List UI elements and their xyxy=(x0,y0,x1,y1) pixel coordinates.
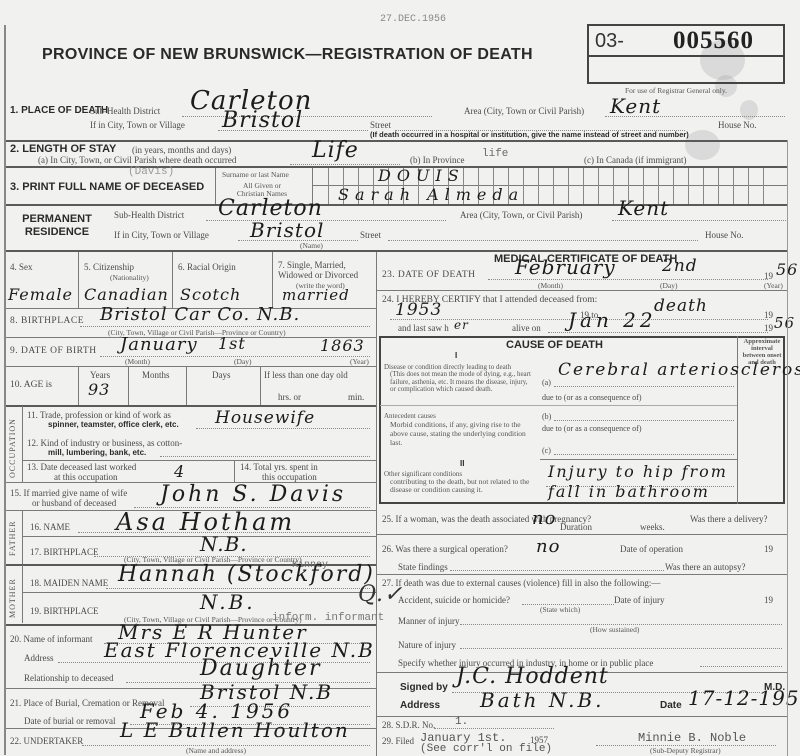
delivery-label: Was there a delivery? xyxy=(690,514,767,524)
trade-value: Housewife xyxy=(215,408,315,428)
last-saw-pronoun: er xyxy=(454,318,469,332)
age-label: 10. AGE is xyxy=(10,380,52,390)
min-label: min. xyxy=(348,392,364,402)
part-two-label: II xyxy=(460,459,464,468)
res-city-value: Bristol xyxy=(250,218,324,242)
length-of-stay-sub: (in years, months and days) xyxy=(132,145,231,155)
street-label: Street xyxy=(370,120,391,130)
area-value: Kent xyxy=(610,94,661,118)
dob-day-note: (Day) xyxy=(234,357,252,366)
reg-prefix: 03- xyxy=(595,30,624,53)
manner-label: Manner of injury xyxy=(398,616,459,626)
industry-label: 12. Kind of industry or business, as cot… xyxy=(27,438,182,448)
age-days-label: Days xyxy=(212,370,231,380)
sub-health-label: Sub-Health District xyxy=(90,106,160,116)
age-years-value: 93 xyxy=(88,380,110,399)
dob-month: January xyxy=(120,334,198,355)
cause-a-value: Cerebral arteriosclerosis xyxy=(558,360,800,380)
age-months-label: Months xyxy=(142,370,170,380)
other-conditions-value-2: fall in bathroom xyxy=(548,482,710,501)
cause-b-due-to: due to (or as a consequence of) xyxy=(542,424,642,433)
area-label: Area (City, Town or Civil Parish) xyxy=(464,106,584,116)
state-which-note: (State which) xyxy=(540,605,580,614)
left-border xyxy=(4,25,6,755)
alive-year-prefix: 19 xyxy=(764,323,773,333)
other-conditions-value-1: Injury to hip from xyxy=(548,462,728,481)
surname-label: Surname or last Name xyxy=(222,170,289,179)
res-area-label: Area (City, Town, or Civil Parish) xyxy=(460,210,582,220)
mother-birthplace-label: 19. BIRTHPLACE xyxy=(30,606,98,616)
stay-canada-label: (c) In Canada (if immigrant) xyxy=(584,155,686,165)
spouse-sub: or husband of deceased xyxy=(32,498,116,508)
citizenship-sub: (Nationality) xyxy=(110,273,149,282)
registrar-title: (Sub-Deputy Registrar) xyxy=(650,746,721,755)
total-yrs-label: 14. Total yrs. spent in xyxy=(240,462,318,472)
injury-year-prefix: 19 xyxy=(764,595,773,605)
mother-birthplace-value: N.B. xyxy=(200,590,256,614)
given-names-value: Sarah Almeda xyxy=(338,185,524,204)
alive-on-value: Jan 22 xyxy=(568,308,657,332)
father-side-label: FATHER xyxy=(8,520,17,556)
surname-value: DOUIS xyxy=(378,166,465,185)
surgery-label: 26. Was there a surgical operation? xyxy=(382,544,508,554)
surgery-value: no xyxy=(536,536,560,557)
hospital-note: (If death occurred in a hospital or inst… xyxy=(370,130,689,139)
filed-note: (See corr'l on file) xyxy=(420,743,552,755)
marital-label: 7. Single, Married, Widowed or Divorced xyxy=(278,260,374,280)
cause-c-prefix: (c) xyxy=(542,446,551,455)
last-worked-sub: at this occupation xyxy=(54,472,117,482)
stay-city-label: (a) In City, Town, or Civil Parish where… xyxy=(38,155,236,165)
dod-day-note: (Day) xyxy=(660,281,678,290)
undertaker-note: (Name and address) xyxy=(186,746,246,755)
city-value: Bristol xyxy=(222,108,303,133)
length-of-stay-label: 2. LENGTH OF STAY xyxy=(10,143,116,155)
registrar-name: Minnie B. Noble xyxy=(638,731,746,745)
informant-address-label: Address xyxy=(24,653,54,663)
reg-number: 005560 xyxy=(673,27,754,55)
attended-to-value: death xyxy=(654,296,708,316)
marital-value: married xyxy=(282,286,350,304)
father-name-label: 16. NAME xyxy=(30,522,70,532)
sig-address-label: Address xyxy=(400,700,440,711)
city-label: If in City, Town or Village xyxy=(90,120,185,130)
racial-origin-label: 6. Racial Origin xyxy=(178,262,236,272)
registration-number-box: 03- 005560 xyxy=(587,24,785,84)
last-worked-label: 13. Date deceased last worked xyxy=(27,462,136,472)
signed-by-label: Signed by xyxy=(400,682,448,693)
total-yrs-sub: this occupation xyxy=(262,472,317,482)
signed-by-value: J.C. Hoddent xyxy=(456,664,609,689)
stay-province-value: life xyxy=(482,148,508,160)
filed-label: 29. Filed xyxy=(382,736,414,746)
how-sustained-note: (How sustained) xyxy=(590,625,639,634)
antecedent-note: Morbid conditions, if any, giving rise t… xyxy=(390,420,534,447)
right-border xyxy=(787,140,788,756)
res-sub-health-label: Sub-Health District xyxy=(114,210,184,220)
direct-cause-note: (This does not mean the mode of dying, e… xyxy=(390,371,534,394)
trade-label: 11. Trade, profession or kind of work as xyxy=(27,410,171,420)
sdr-value: 1. xyxy=(455,716,468,728)
relationship-label: Relationship to deceased xyxy=(24,673,113,683)
autopsy-label: Was there an autopsy? xyxy=(665,562,746,572)
cause-a-due-to: due to (or as a consequence of) xyxy=(542,393,642,402)
res-city-label: If in City, Town or Village xyxy=(114,230,209,240)
dod-year-prefix: 19 xyxy=(764,271,773,281)
dob-year: 1863 xyxy=(320,336,365,355)
dod-month: February xyxy=(515,255,616,279)
duration-label: Duration xyxy=(560,522,592,532)
house-label: House No. xyxy=(718,120,757,130)
weeks-label: weeks. xyxy=(640,522,665,532)
alive-on-label: alive on xyxy=(512,323,541,333)
res-name-note: (Name) xyxy=(300,241,323,250)
age-years-label: Years xyxy=(90,370,110,380)
injury-date-label: Date of injury xyxy=(614,595,664,605)
place-of-death-label: 1. PLACE OF DEATH xyxy=(10,106,50,116)
nature-label: Nature of injury xyxy=(398,640,456,650)
operation-year-prefix: 19 xyxy=(764,544,773,554)
dod-year-note: (Year) xyxy=(764,281,783,290)
attended-year-prefix: 19 xyxy=(764,310,773,320)
father-birthplace-value: N.B. xyxy=(200,532,248,556)
father-birthplace-label: 17. BIRTHPLACE xyxy=(30,547,98,557)
informant-name-label: 20. Name of informant xyxy=(10,634,92,644)
deceased-name-label: 3. PRINT FULL NAME OF DECEASED xyxy=(10,181,204,193)
stain xyxy=(740,100,758,120)
industry-sub: mill, lumbering, bank, etc. xyxy=(48,448,146,457)
sig-date-label: Date xyxy=(660,700,682,711)
birthplace-value: Bristol Car Co. N.B. xyxy=(100,304,300,325)
racial-origin-value: Scotch xyxy=(180,285,241,304)
stay-city-value: Life xyxy=(312,138,359,163)
findings-label: State findings xyxy=(398,562,448,572)
permanent-residence-label: PERMANENT RESIDENCE xyxy=(22,213,92,239)
stain xyxy=(685,130,720,160)
occupation-side-label: OCCUPATION xyxy=(8,418,17,478)
cause-a-prefix: (a) xyxy=(542,378,551,387)
sig-date-value: 17-12-1956 xyxy=(688,686,800,710)
antecedent-label: Antecedent causes xyxy=(384,412,436,420)
surname-annotation: (Davis) xyxy=(128,166,174,178)
dob-label: 9. DATE OF BIRTH xyxy=(10,346,97,356)
attended-from-value: 1953 xyxy=(395,300,442,320)
undertaker-value: L E Bullen Houlton xyxy=(120,718,350,742)
margin-initials: Q.✓ xyxy=(358,582,403,607)
relationship-value: Daughter xyxy=(200,656,322,681)
part-one-label: I xyxy=(455,351,457,360)
date-of-death-label: 23. DATE OF DEATH xyxy=(382,270,475,280)
spouse-label: 15. If married give name of wife xyxy=(10,488,127,498)
spouse-value: John S. Davis xyxy=(160,482,346,507)
trade-sub: spinner, teamster, office clerk, etc. xyxy=(48,420,179,429)
mother-side-label: MOTHER xyxy=(8,578,17,618)
operation-date-label: Date of operation xyxy=(620,544,683,554)
dob-month-note: (Month) xyxy=(125,357,150,366)
dod-day: 2nd xyxy=(662,256,698,276)
burial-date-label: Date of burial or removal xyxy=(24,716,115,726)
hrs-label: hrs. or xyxy=(278,392,301,402)
sdr-label: 28. S.D.R. No. xyxy=(382,720,435,730)
sex-label: 4. Sex xyxy=(10,262,33,272)
res-area-value: Kent xyxy=(618,196,669,220)
accident-label: Accident, suicide or homicide? xyxy=(398,595,510,605)
less-than-day-label: If less than one day old xyxy=(264,370,348,380)
stay-province-label: (b) In Province xyxy=(410,155,464,165)
external-causes-label: 27. If death was due to external causes … xyxy=(382,578,660,588)
birthplace-label: 8. BIRTHPLACE xyxy=(10,316,84,326)
res-house-label: House No. xyxy=(705,230,744,240)
form-title: PROVINCE OF NEW BRUNSWICK—REGISTRATION O… xyxy=(42,46,533,64)
dod-month-note: (Month) xyxy=(538,281,563,290)
undertaker-label: 22. UNDERTAKER xyxy=(10,736,83,746)
received-stamp: 27.DEC.1956 xyxy=(380,14,446,25)
res-street-label: Street xyxy=(360,230,381,240)
dob-year-note: (Year) xyxy=(350,357,369,366)
pregnancy-value: no xyxy=(532,508,556,529)
last-worked-value: 4 xyxy=(174,462,185,481)
dob-day: 1st xyxy=(218,334,246,353)
sig-address-value: Bath N.B. xyxy=(480,688,605,712)
other-conditions-note: contributing to the death, but not relat… xyxy=(390,478,540,494)
death-registration-form: 27.DEC.1956 PROVINCE OF NEW BRUNSWICK—RE… xyxy=(0,0,800,756)
maiden-name-value: Hannah (Stockford) xyxy=(118,562,375,587)
citizenship-value: Canadian xyxy=(84,285,169,304)
citizenship-label: 5. Citizenship xyxy=(84,262,134,272)
cause-of-death-title: CAUSE OF DEATH xyxy=(506,339,603,351)
cause-b-prefix: (b) xyxy=(542,412,551,421)
last-saw-label: and last saw h xyxy=(398,323,449,333)
maiden-name-label: 18. MAIDEN NAME xyxy=(30,578,108,588)
alive-year: 56 xyxy=(774,314,795,332)
sex-value: Female xyxy=(8,285,73,304)
